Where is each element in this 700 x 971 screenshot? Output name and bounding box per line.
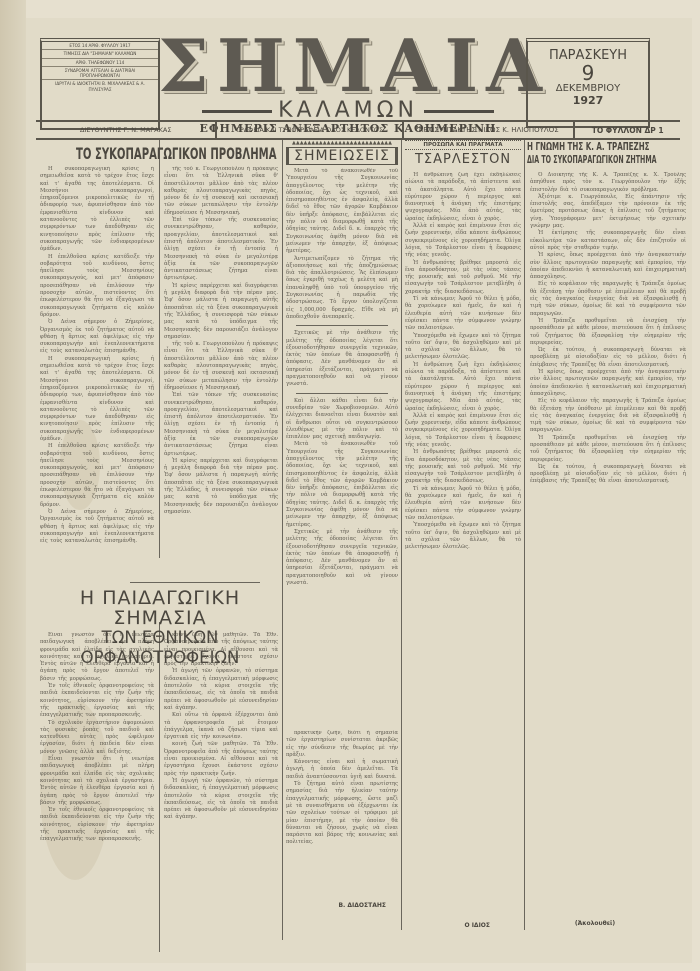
info-line: ΕΤΟΣ 14 ΑΡΙΘ. ΦΥΛΛΟΥ 1917 [42, 42, 158, 50]
article-column: Ὁ Διοικητὴς τῆς Κ. Α. Τραπέζης κ. Χ. Τρο… [530, 172, 686, 912]
price: ΤΟ ΦΥΛΛΟΝ ΔΡ 1 [575, 122, 680, 138]
article-gnomi-trapezis: Η ΓΝΩΜΗ ΤΗΣ Κ. Α. ΤΡΑΠΕΖΗΣ ΔΙΑ ΤΟ ΣΥΚΟΠΑ… [527, 140, 687, 166]
paragraph: Ἡ ἐκτίμησις τῆς συκοπαραγωγῆς δὲν εἶναι … [530, 230, 686, 252]
article-simeioseis: ▲▲▲▲▲▲▲▲▲▲▲▲▲▲▲▲▲▲▲▲▲▲▲▲▲▲ ΣΗΜΕΙΩΣΕΙΣ [286, 140, 398, 168]
info-line: ΣΥΝΔΡΟΜΑΙ ΑΓΓΕΛΙΑΙ & ΔΙΑΤΡΙΒΑΙ ΠΡΟΠΛΗΡΩΝ… [42, 67, 158, 81]
paragraph: Καὶ ἄλλαι κάθαι εἶναι διὰ τὴν συνεδρίαν … [286, 398, 398, 442]
paragraph: Ἐν τοῖς ἐθνικοῖς ὀρφανοτροφείοις τὰ παιδ… [40, 683, 154, 719]
article-column: τῆς τοῦ κ. Γεωργιοπούλου ἡ πρόκαψις εἶνα… [164, 166, 278, 576]
editor: ΑΡΧΙΣΥΝΤΑΚΤΗΣ ΝΙΚΟΣ Κ. ΗΛΙΟΠΟΥΛΟΣ [404, 122, 575, 138]
column-rule [401, 140, 402, 930]
column-rule [524, 140, 525, 930]
paragraph: Ἡ ἀνθρωπότης βρέθηκε μπροστὰ εἰς ἕνα ἀπρ… [405, 449, 521, 485]
article-headline-line1: Η ΠΑΙΔΑΓΩΓΙΚΗ ΣΗΜΑΣΙΑ [40, 588, 280, 628]
paragraph: Ἡ Τράπεζα προθυμεῖται νὰ ἐνισχύσῃ τὴν πρ… [530, 318, 686, 347]
paragraph: Τὸ ζήτημα αὐτὸ εἶναι πρωτίστης σημασίας … [286, 781, 398, 847]
continued-label: (Ἀκολουθεῖ) [530, 920, 660, 927]
info-bar: ΔΙΕΥΘΥΝΤΗΣ Γ. Ν. ΜΑΡΑΚΑΣ ΓΡΑΦΕΙΑ ΚΑΙ ΤΥΠ… [36, 120, 680, 140]
article-column: Εἶναι γνωστὸν ὅτι ἡ νεωτέρα παιδαγωγικὴ … [40, 632, 154, 954]
paragraph: Ἡ ἀνθρωπότης βρέθηκε μπροστὰ εἰς ἕνα ἀπρ… [405, 260, 521, 296]
paragraph: Κάνοντας εἰναι καὶ ἡ σωματικὴ ἀγωγή, ἡ ὁ… [286, 759, 398, 781]
paragraph: Η ἐπελθοῦσα κρίσις κατέδειξε τὴν σοβαρότ… [40, 443, 154, 509]
column-rule [159, 140, 160, 558]
page-edge [0, 0, 26, 971]
paragraph: Ἀλλὰ εἰ καιρὸς καὶ ἐπιμένουν ἔτσι εἰς ζω… [405, 413, 521, 449]
paragraph: Ἀντιμετωπίζομεν τὸ ζήτημα τῆς ἀξιοποιήσε… [286, 256, 398, 322]
paragraph: Ἐπὶ τῶν τόπων τῆς συσκευασίας συνεκεντρώ… [164, 392, 278, 458]
paragraph: Ὁ Δεὶνα σήμερον ὁ Ζήμερίους, Ὀργανισμὸς … [40, 319, 154, 355]
paragraph: Ὡς ἐκ τούτου, ἡ συκοπαραγωγὴ δύναται νὰ … [530, 464, 686, 486]
decorative-rule [424, 110, 494, 113]
article-headline: ΣΗΜΕΙΩΣΕΙΣ [286, 147, 398, 165]
paragraph: Ὡς ἐκ τούτου, ἡ συκοπαραγωγὴ δύναται νὰ … [530, 347, 686, 369]
paragraph: Η συκοπαραγωγική κρίσις ή σημειωθεῖσα κα… [40, 356, 154, 444]
paragraph: Σχετικῶς μὲ τὴν ἀνάθεσιν τῆς μελέτης τῆς… [286, 529, 398, 587]
paragraph: κοινὴ ζωὴ τῶν μαθητῶν. Τὰ Ἐθν. Ὀρφανοτρο… [164, 632, 278, 668]
paragraph: Ἀξιότιμε κ. Γεωργόπουλε, Εἰς ἀπάντησιν τ… [530, 194, 686, 230]
paragraph: Τί νὰ κάνωμεν; Ἀφοῦ τὸ θέλει ἡ μόδα, θὰ … [405, 296, 521, 332]
paragraph: Ἀλλὰ εἰ καιρὸς καὶ ἐπιμένουν ἔτσι εἰς ζω… [405, 223, 521, 259]
day: 9 [528, 63, 648, 83]
section-label: ΠΡΟΣΩΠΑ ΚΑΙ ΠΡΑΓΜΑΤΑ [405, 140, 521, 150]
article-signature: Ο ΙΔΙΟΣ [405, 922, 490, 929]
paragraph: Εἰς τὸ κεφάλαιον τῆς παραγωγῆς ἡ Τράπεζα… [530, 281, 686, 317]
article-column: κοινὴ ζωὴ τῶν μαθητῶν. Τὰ Ἐθν. Ὀρφανοτρο… [164, 632, 278, 954]
article-column: Η συκοπαραγωγική κρίσις ή σημειωθεῖσα κα… [40, 166, 154, 576]
divider [296, 393, 388, 394]
article-column: πρακτικὴν ζωὴν, διότι ἡ σημασία τῶν ἐργα… [286, 730, 398, 900]
article-tsarleston: ΠΡΟΣΩΠΑ ΚΑΙ ΠΡΑΓΜΑΤΑ ΤΣΑΡΛΕΣΤΟΝ [405, 140, 521, 169]
paragraph: πρακτικὴν ζωὴν, διότι ἡ σημασία τῶν ἐργα… [286, 730, 398, 759]
paragraph: Εἰς τὸ κεφάλαιον τῆς παραγωγῆς ἡ Τράπεζα… [530, 398, 686, 434]
paragraph: τῆς τοῦ κ. Γεωργιοπούλου ἡ πρόκαψις εἶνα… [164, 166, 278, 217]
paragraph: κοινὴ ζωὴ τῶν μαθητῶν. Τὰ Ἐθν. Ὀρφανοτρο… [164, 741, 278, 777]
article-headline: ΤΣΑΡΛΕΣΤΟΝ [405, 152, 521, 167]
paragraph: τῆς τοῦ κ. Γεωργιοπούλου ἡ πρόκαψις εἶνα… [164, 341, 278, 392]
paragraph: Ὑποσχόμεθα νὰ ἔχωμεν καὶ τὸ ζήτημα τοῦτο… [405, 333, 521, 362]
paragraph: Ἡ ἀγωγὴ τῶν ὀρφανῶν, τὸ σύστημα διδασκαλ… [164, 778, 278, 822]
newspaper-city: ΚΑΛΑΜΩΝ [158, 100, 538, 122]
month: ΔΕΚΕΜΒΡΙΟΥ [528, 83, 648, 94]
decorative-rule [202, 110, 272, 113]
paragraph: Ὁ Διοικητὴς τῆς Κ. Α. Τραπέζης κ. Χ. Τρο… [530, 172, 686, 194]
paragraph: Η συκοπαραγωγική κρίσις ή σημειωθεῖσα κα… [40, 166, 154, 254]
paragraph: Ἐν τοῖς ἐθνικοῖς ὀρφανοτροφείοις τὰ παιδ… [40, 807, 154, 843]
paragraph: Τί νὰ κάνωμεν; Ἀφοῦ τὸ θέλει ἡ μόδα, θὰ … [405, 486, 521, 522]
paragraph: Ἡ κρίσις, ὅπως προέρχεται ἀπὸ τὴν ἀναγκα… [530, 252, 686, 281]
publication-info-box: ΕΤΟΣ 14 ΑΡΙΘ. ΦΥΛΛΟΥ 1917 ΤΙΜΗΣΙΣ ΔΙΑ "Σ… [40, 38, 160, 130]
article-signature: Β. ΔΙΔΟΣΤΑΗΣ [286, 902, 386, 909]
director: ΔΙΕΥΘΥΝΤΗΣ Γ. Ν. ΜΑΡΑΚΑΣ [36, 122, 217, 138]
offices: ΓΡΑΦΕΙΑ ΚΑΙ ΤΥΠΟΓΡΑΦΕΙΑ ΟΔΟΣ ΚΕΔΟΝΤΟΣ [217, 122, 403, 138]
paragraph: Ἡ κρίσις παρέρχεται καὶ διαγράφεται ἡ με… [164, 283, 278, 341]
paragraph: Ἡ ἀγωγὴ τῶν ὀρφανῶν, τὸ σύστημα διδασκαλ… [164, 668, 278, 712]
article-column: Ἡ ἀνθρώπινη ζωὴ ἔχει ἐκδηλώσεις αἰώνια τ… [405, 172, 521, 892]
article-headline-line2: ΔΙΑ ΤΟ ΣΥΚΟΠΑΡΑΓΩΓΙΚΟΝ ΖΗΤΗΜΑ [527, 153, 629, 166]
article-column: Μετὰ τὸ ἀνακοινωθὲν τοῦ Ὑπουργείου τῆς Σ… [286, 168, 398, 728]
paragraph: Ἡ Τράπεζα προθυμεῖται νὰ ἐνισχύσῃ τὴν πρ… [530, 435, 686, 464]
date-box: ΠΑΡΑΣΚΕΥΗ 9 ΔΕΚΕΜΒΡΙΟΥ 1927 [526, 38, 650, 128]
newspaper-title: ΣΗΜΑΙΑ [158, 30, 538, 102]
column-rule [282, 140, 283, 940]
article-headline-line1: Η ΓΝΩΜΗ ΤΗΣ Κ. Α. ΤΡΑΠΕΖΗΣ [527, 140, 642, 153]
divider [130, 582, 260, 583]
paragraph: Ἐπὶ τῶν τόπων τῆς συσκευασίας συνεκεντρώ… [164, 217, 278, 283]
year: 1927 [528, 94, 648, 107]
divider [296, 325, 388, 326]
paragraph: Μετὰ τὸ ἀνακοινωθὲν τοῦ Ὑπουργείου τῆς Σ… [286, 441, 398, 529]
info-line: ΙΔΡΥΤΑΙ & ΙΔΙΟΚΤΗΤΑΙ Β. ΜΙΧΑΛΑΚΕΑΣ & Α. … [42, 80, 158, 93]
column-rule [159, 622, 160, 952]
paragraph: Τὸ σχολικὸν ἐργαστήριον ἀφομοιώνει τὰς φ… [40, 720, 154, 756]
paragraph: Καὶ οὕτω τὰ ὀρφανὰ ἐξέρχονται ἀπὸ τὰ ὀρφ… [164, 712, 278, 741]
info-line: ΑΡΙΘ. ΤΗΛΕΦΩΝΟΥ 114 [42, 59, 158, 67]
paragraph: Ὑποσχόμεθα νὰ ἔχωμεν καὶ τὸ ζήτημα τοῦτο… [405, 522, 521, 551]
article-sykoparagogikon: ΤΟ ΣΥΚΟΠΑΡΑΓΩΓΙΚΟΝ ΠΡΟΒΛΗΜΑ [40, 140, 280, 167]
paragraph: Ὁ Δεὶνα σήμερον ὁ Ζήμερίους, Ὀργανισμὸς … [40, 509, 154, 545]
decorative-border: ▲▲▲▲▲▲▲▲▲▲▲▲▲▲▲▲▲▲▲▲▲▲▲▲▲▲ [286, 140, 398, 146]
paragraph: Ἡ ἀνθρώπινη ζωὴ ἔχει ἐκδηλώσεις αἰώνια τ… [405, 362, 521, 413]
paragraph: Ἡ κρίσις παρέρχεται καὶ διαγράφεται ἡ με… [164, 458, 278, 516]
paragraph: Εἶναι γνωστὸν ὅτι ἡ νεωτέρα παιδαγωγικὴ … [40, 632, 154, 683]
paragraph: Εἶναι γνωστὸν ὅτι ἡ νεωτέρα παιδαγωγικὴ … [40, 756, 154, 807]
paragraph: Ἡ κρίσις, ὅπως προέρχεται ἀπὸ τὴν ἀναγκα… [530, 369, 686, 398]
article-headline: ΤΟ ΣΥΚΟΠΑΡΑΓΩΓΙΚΟΝ ΠΡΟΒΛΗΜΑ [76, 144, 244, 163]
paragraph: Ἡ ἀνθρώπινη ζωὴ ἔχει ἐκδηλώσεις αἰώνια τ… [405, 172, 521, 223]
paragraph: Σχετικῶς μὲ τὴν ἀνάθεσιν τῆς μελέτης τῆς… [286, 330, 398, 388]
paragraph: Μετὰ τὸ ἀνακοινωθὲν τοῦ Ὑπουργείου τῆς Σ… [286, 168, 398, 256]
paragraph: Η ἐπελθοῦσα κρίσις κατέδειξε τὴν σοβαρότ… [40, 254, 154, 320]
info-line: ΤΙΜΗΣΙΣ ΔΙΑ "ΣΗΜΑΙΑΝ" ΚΑΛΑΜΩΝ [42, 50, 158, 58]
